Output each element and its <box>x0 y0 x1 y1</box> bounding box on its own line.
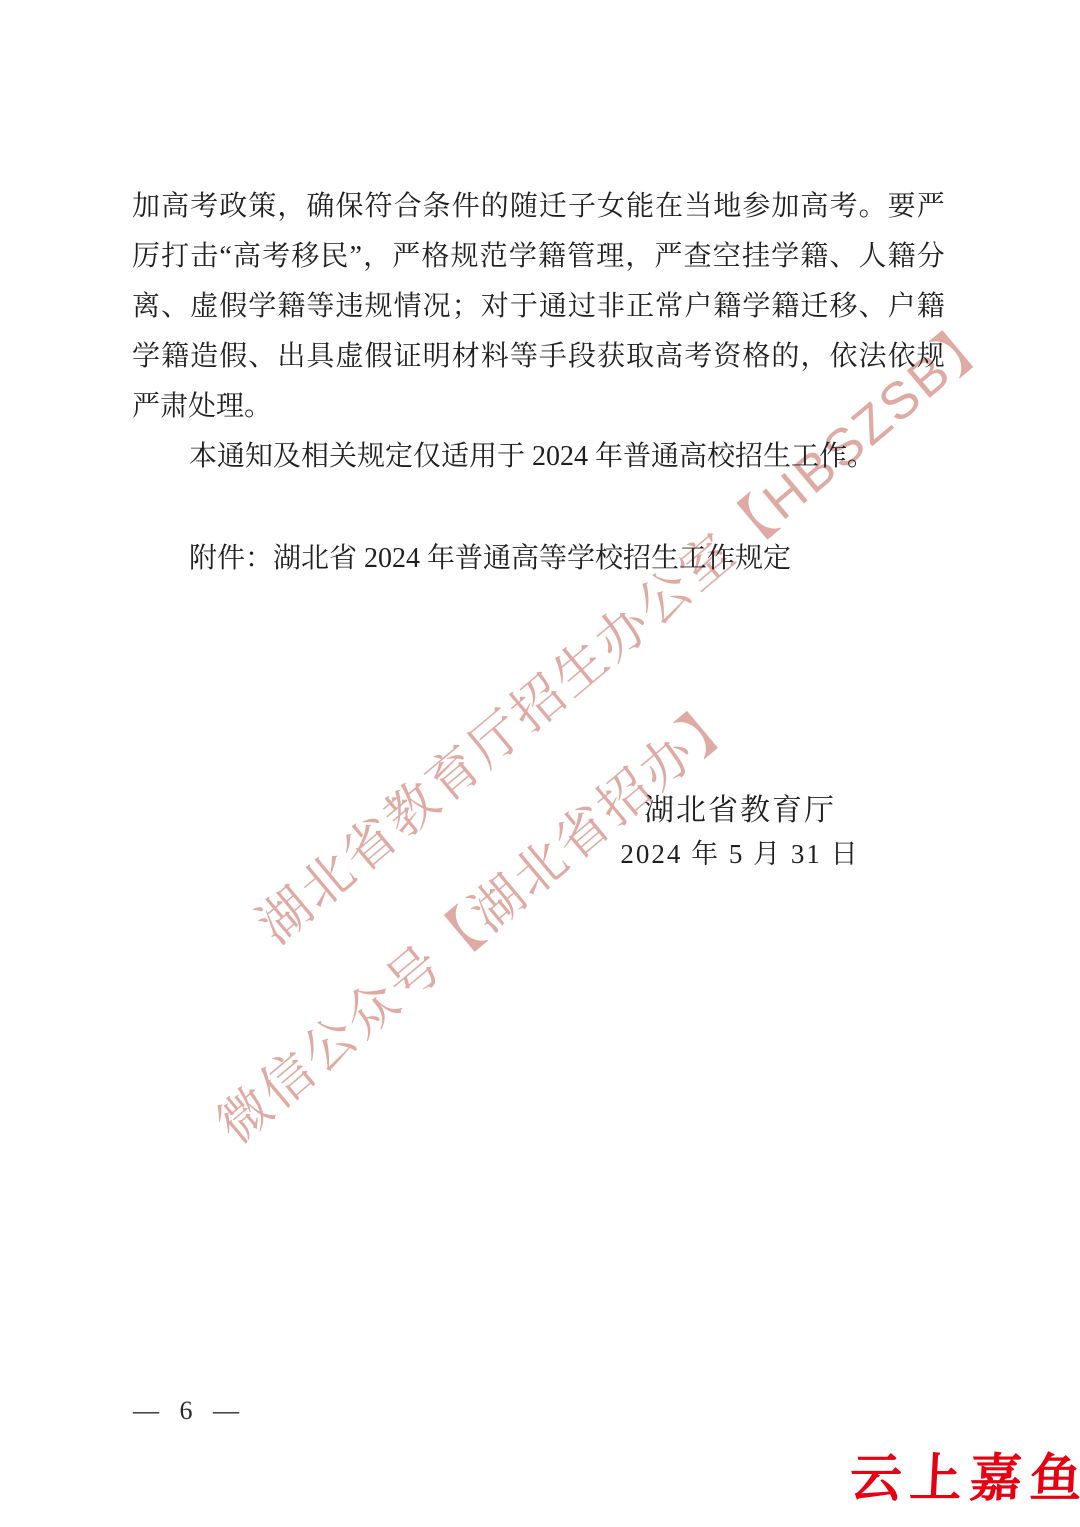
issue-date: 2024 年 5 月 31 日 <box>600 834 880 874</box>
site-logo-text: 云上嘉鱼 <box>848 1436 1080 1511</box>
document-body: 加高考政策，确保符合条件的随迁子女能在当地参加高考。要严 厉打击“高考移民”，严… <box>132 182 945 584</box>
paragraph-line-4: 学籍造假、出具虚假证明材料等手段获取高考资格的，依法依规 <box>132 332 945 382</box>
document-page: 湖北省教育厅招生办公室【HBSZSB】 微信公众号【湖北省招办】 加高考政策，确… <box>0 0 1080 1527</box>
attachment-line: 附件：湖北省 2024 年普通高等学校招生工作规定 <box>132 534 945 584</box>
vertical-spacer <box>132 482 945 534</box>
paragraph-line-3: 离、虚假学籍等违规情况；对于通过非正常户籍学籍迁移、户籍 <box>132 282 945 332</box>
page-number: — 6 — <box>133 1396 246 1426</box>
paragraph-line-5: 严肃处理。 <box>132 382 945 432</box>
notice-scope-line: 本通知及相关规定仅适用于 2024 年普通高校招生工作。 <box>132 432 945 482</box>
signature-block: 湖北省教育厅 2024 年 5 月 31 日 <box>600 788 880 874</box>
paragraph-line-1: 加高考政策，确保符合条件的随迁子女能在当地参加高考。要严 <box>132 182 945 232</box>
issuer-name: 湖北省教育厅 <box>600 788 880 834</box>
paragraph-line-2: 厉打击“高考移民”，严格规范学籍管理，严查空挂学籍、人籍分 <box>132 232 945 282</box>
